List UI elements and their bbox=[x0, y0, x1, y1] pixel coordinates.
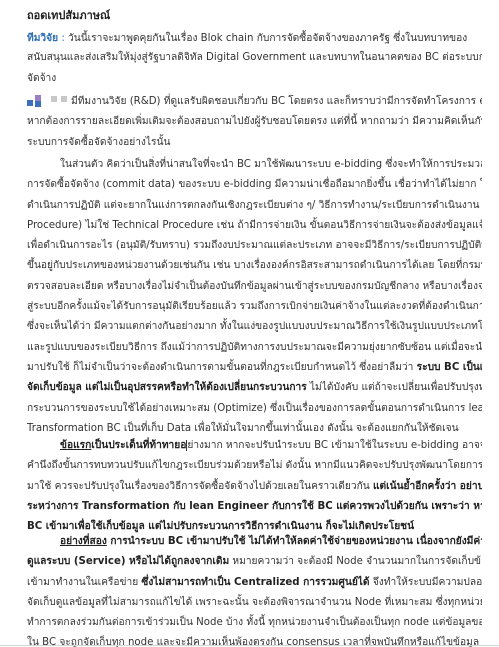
paragraph-first-point: ข้อแรกเป็นประเด็นที่ท้าทายอย่างมาก หากจะ… bbox=[27, 436, 482, 537]
text: จึงทำให้ระบบมีความปลอดภัยในการ bbox=[370, 577, 482, 588]
text: มาใช้ ควรจะปรับปรุงในเรื่องของวิธีการจัด… bbox=[27, 481, 373, 492]
bold-text: เป็นประเด็นที่ท้าทายอ bbox=[91, 440, 186, 451]
point-heading: อย่างที่สอง bbox=[60, 536, 107, 547]
paragraph-line: ทีมวิจัย : วันนี้เราจะมาพูดคุยกันในเรื่อ… bbox=[27, 28, 482, 48]
redacted-logo-icon bbox=[27, 94, 71, 108]
paragraph-intro: ทีมวิจัย : วันนี้เราจะมาพูดคุยกันในเรื่อ… bbox=[27, 28, 482, 89]
speaker-separator: : bbox=[58, 33, 68, 44]
paragraph-line: ระบบการจัดซื้อจัดจ้างอย่างไรนั้น bbox=[27, 133, 482, 153]
document-title: ถอดเทปสัมภาษณ์ bbox=[27, 6, 110, 24]
bold-text: การนำระบบ BC เข้ามาปรับใช้ ไม่ได้ทำให้ลด… bbox=[107, 536, 482, 547]
paragraph-line: ตรวจสอบละเอียด หรือบางเรื่องไม่จำเป็นต้อ… bbox=[27, 277, 482, 297]
bold-text: ดูแลระบบ (Service) หรือไม่ได้ถูกลงจากเดิ… bbox=[27, 556, 229, 567]
text: มาปรับใช้ ก็ไม่จำเป็นว่าจะต้องดำเนินการต… bbox=[27, 362, 413, 373]
speaker-label: ทีมวิจัย bbox=[27, 33, 58, 44]
text: หมายความว่า จะต้องมี Node จำนวนมากในการจ… bbox=[229, 556, 482, 567]
paragraph-line: สู่ระบบอีกครั้งแม้จะได้รับการอนุมัติเรีย… bbox=[27, 297, 482, 317]
paragraph-line: ในส่วนตัว คิดว่าเป็นสิ่งที่น่าสนใจที่จะน… bbox=[27, 155, 482, 175]
paragraph-line: มาใช้ ควรจะปรับปรุงในเรื่องของวิธีการจัด… bbox=[27, 477, 482, 497]
point-heading: ข้อแรก bbox=[60, 440, 91, 451]
paragraph-line: Procedure) ไม่ใช่ Technical Procedure เช… bbox=[27, 216, 482, 236]
paragraph-line: ข้อแรกเป็นประเด็นที่ท้าทายอย่างมาก หากจะ… bbox=[27, 436, 482, 456]
paragraph-line: การจัดซื้อจัดจ้าง (commit data) ของระบบ … bbox=[27, 175, 482, 195]
paragraph-line: และรูปแบบของระเบียบวิธีการ ถึงแม้ว่าการป… bbox=[27, 338, 482, 358]
bold-text: จัดเก็บข้อมูล แต่ไม่เป็นอุปสรรคหรือทำให้… bbox=[27, 382, 307, 393]
page-bottom-divider bbox=[0, 645, 499, 646]
text: เข้ามาทำงานในเครือข่าย bbox=[27, 577, 141, 588]
bold-text: ระบบ BC เป็นเพียงระบบ bbox=[417, 362, 482, 373]
text: วันนี้เราจะมาพูดคุยกันในเรื่อง Blok chai… bbox=[68, 33, 467, 44]
bold-text: แต่เน้นย้ำอีกครั้งว่า อย่าปะปนกัน bbox=[373, 481, 482, 492]
paragraph-line: ดำเนินการปฏิบัติ แต่จะยากในแง่การตกลงกัน… bbox=[27, 196, 482, 216]
paragraph-line: จัดจ้าง bbox=[27, 69, 482, 89]
paragraph-line: จัดเก็บดูแลข้อมูลที่ไม่สามารถแก้ไขได้ เพ… bbox=[27, 593, 482, 613]
paragraph-line: ขึ้นอยู่กับประเภทของหน่วยงานด้วยเช่นกัน … bbox=[27, 256, 482, 276]
paragraph-line: เข้ามาทำงานในเครือข่าย ซึ่งไม่สามารถทำเป… bbox=[27, 573, 482, 593]
paragraph-opinion: ในส่วนตัว คิดว่าเป็นสิ่งที่น่าสนใจที่จะน… bbox=[27, 155, 482, 439]
text: ย่างมาก หากจะปรับนำระบบ BC เข้ามาใช้ในระ… bbox=[187, 440, 482, 451]
paragraph-line: ทำการตกลงร่วมกันต่อการเข้าร่วมเป็น Node … bbox=[27, 613, 482, 633]
bold-text: ซึ่งไม่สามารถทำเป็น Centralized การรวมศู… bbox=[141, 577, 369, 588]
paragraph-line: มีทีมงานวิจัย (R&D) ที่ดูแลรับผิดชอบเกี่… bbox=[27, 92, 482, 112]
paragraph-line: หากต้องการรายละเอียดเพิ่มเติมจะต้องสอบถา… bbox=[27, 112, 482, 132]
paragraph-line: ดูแลระบบ (Service) หรือไม่ได้ถูกลงจากเดิ… bbox=[27, 552, 482, 572]
paragraph-line: สนับสนุนและส่งเสริมให้มุ่งสู่รัฐบาลดิจิท… bbox=[27, 48, 482, 68]
paragraph-second-point: อย่างที่สอง การนำระบบ BC เข้ามาปรับใช้ ไ… bbox=[27, 532, 482, 647]
paragraph-line: ระหว่างการ Transformation กับ lean Engin… bbox=[27, 497, 482, 517]
paragraph-line: เพื่อดำเนินการอะไร (อนุมัติ/รับทราบ) รวม… bbox=[27, 236, 482, 256]
paragraph-rnd: มีทีมงานวิจัย (R&D) ที่ดูแลรับผิดชอบเกี่… bbox=[27, 92, 482, 153]
paragraph-line: มาปรับใช้ ก็ไม่จำเป็นว่าจะต้องดำเนินการต… bbox=[27, 358, 482, 378]
paragraph-line: ซึ่งจะเห็นได้ว่า มีความแตกต่างกันอย่างมา… bbox=[27, 317, 482, 337]
text: มีทีมงานวิจัย (R&D) ที่ดูแลรับผิดชอบเกี่… bbox=[71, 96, 482, 107]
paragraph-line: อย่างที่สอง การนำระบบ BC เข้ามาปรับใช้ ไ… bbox=[27, 532, 482, 552]
text: ไม่ได้บังคับ แต่ถ้าจะเปลี่ยนเพื่อปรับปรุ… bbox=[307, 382, 482, 393]
paragraph-line: จัดเก็บข้อมูล แต่ไม่เป็นอุปสรรคหรือทำให้… bbox=[27, 378, 482, 398]
paragraph-line: คำนึงถึงขั้นการทบทวนปรับแก้ไขกฎระเบียบร่… bbox=[27, 456, 482, 476]
paragraph-line: กระบวนการของระบบใช้ได้อย่างเหมาะสม (Opti… bbox=[27, 399, 482, 419]
